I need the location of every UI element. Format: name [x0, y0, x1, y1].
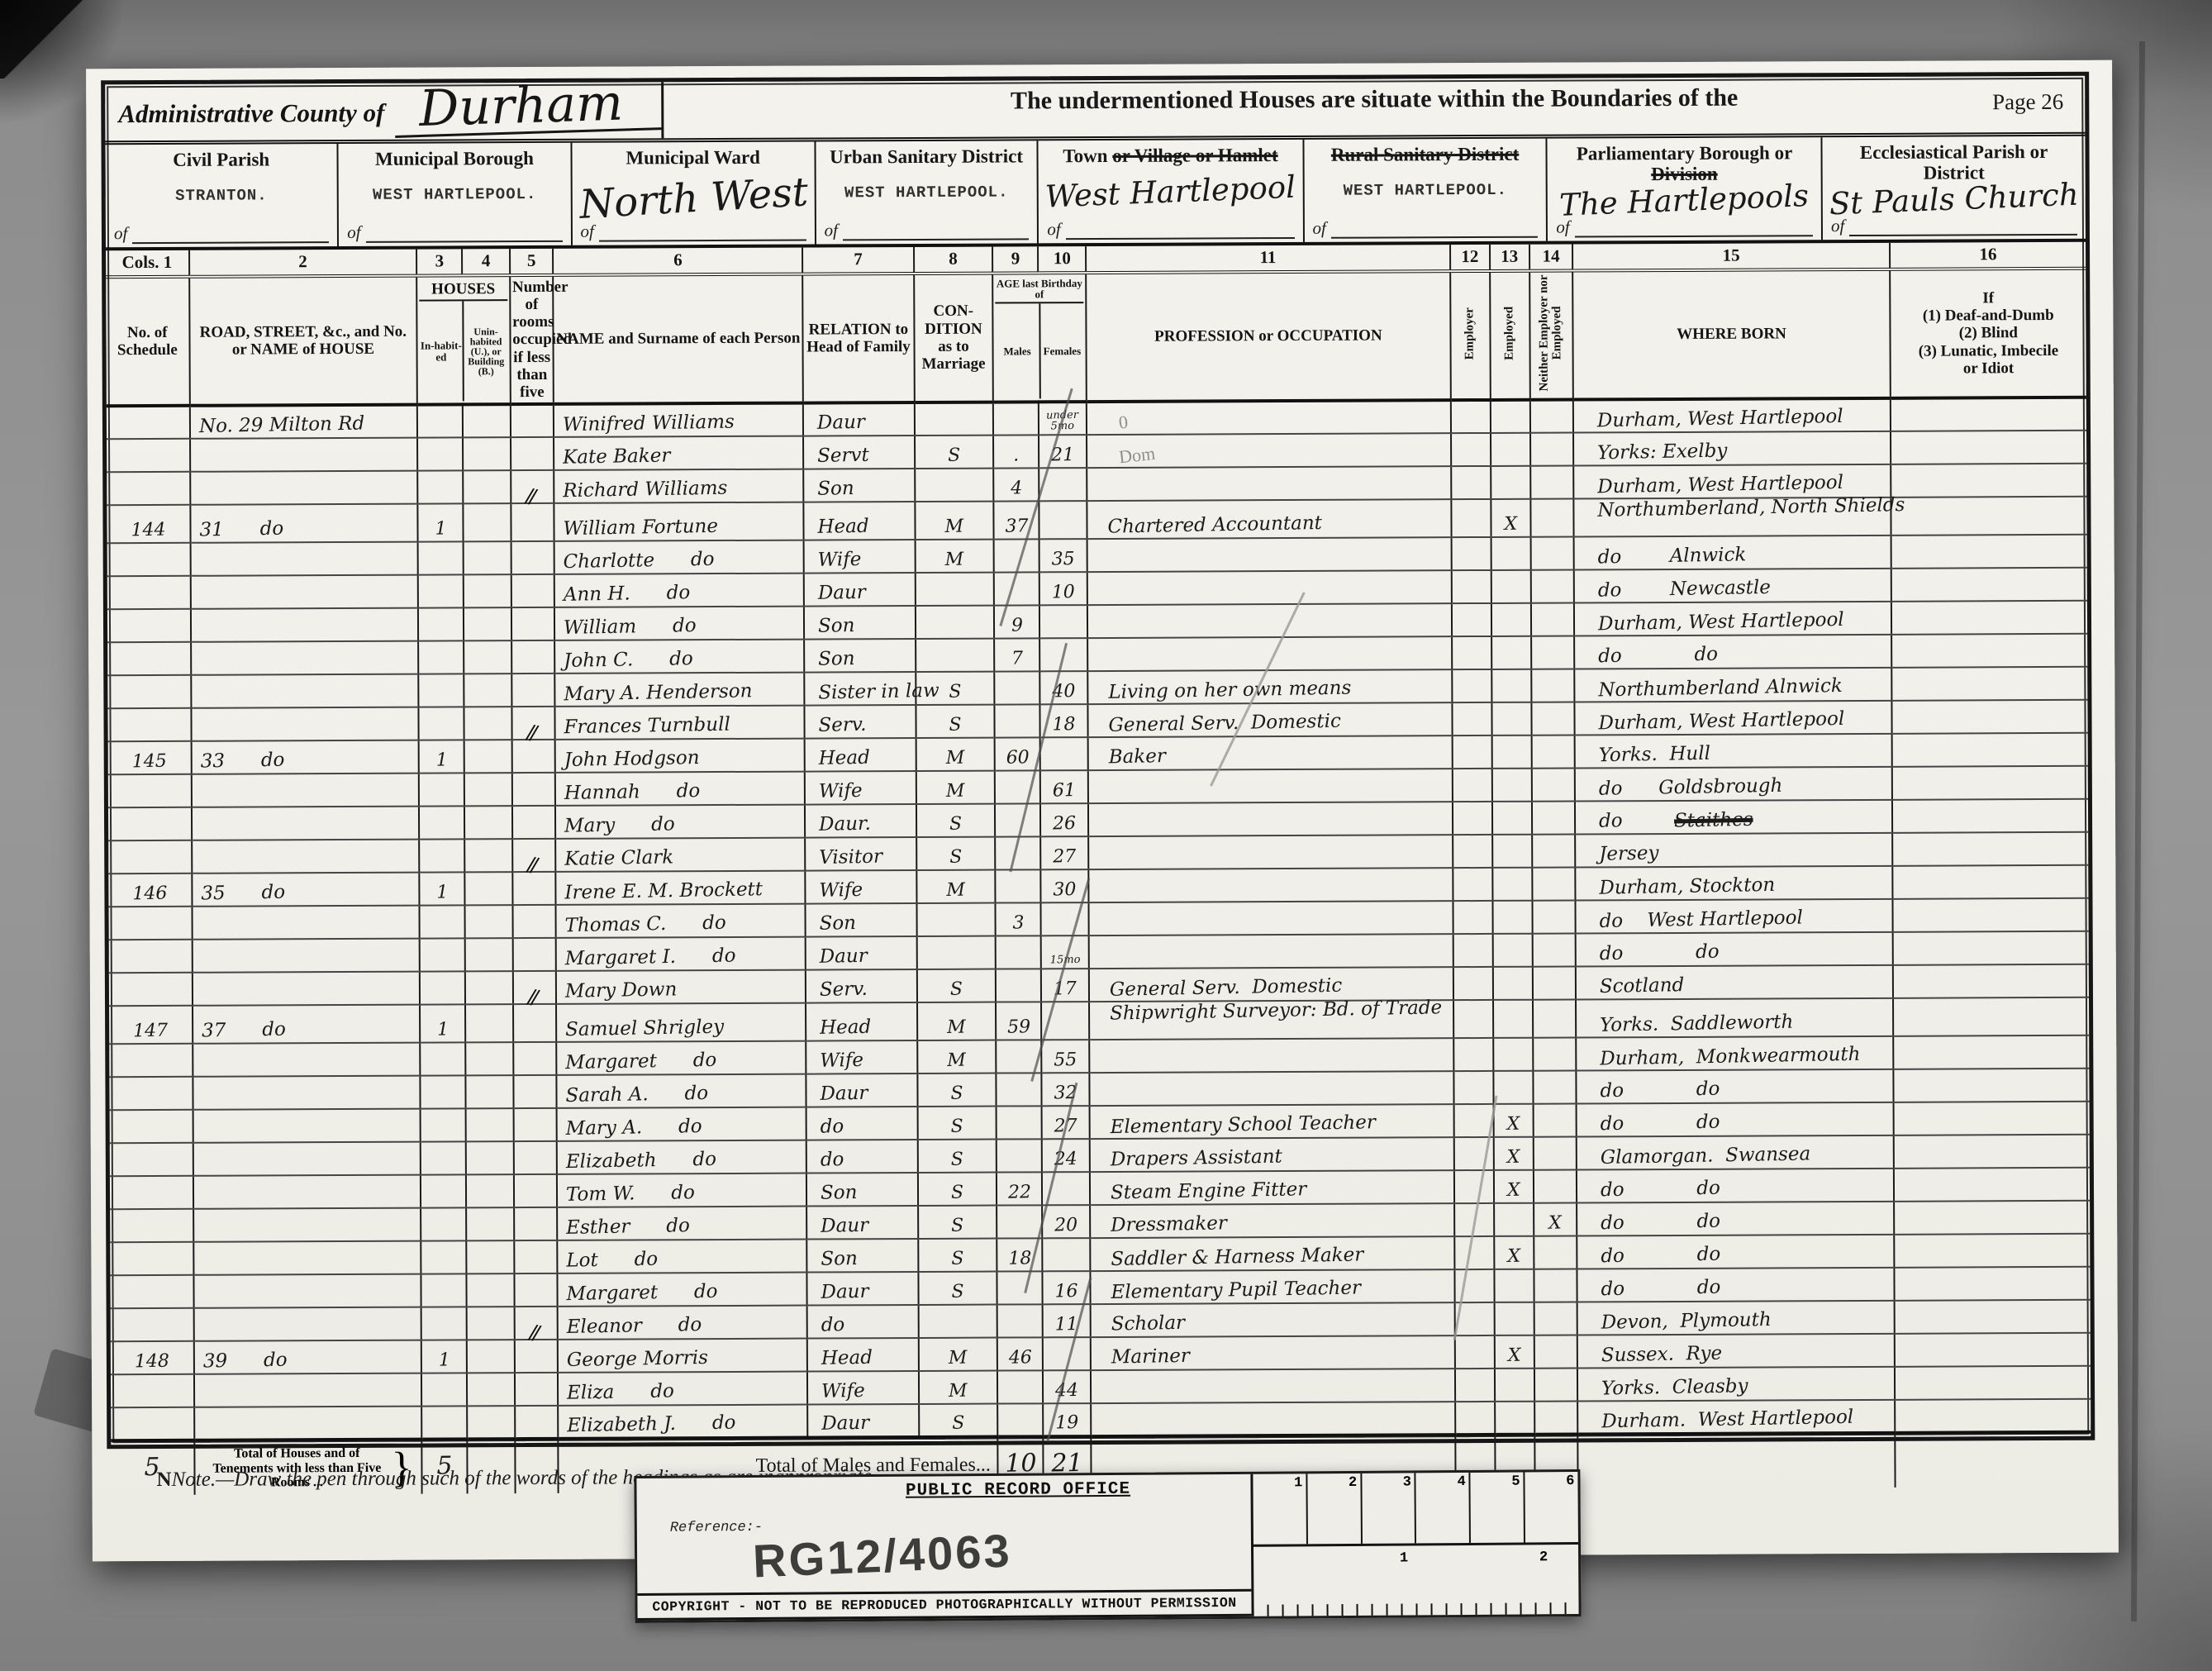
cell-neither	[1534, 1236, 1577, 1269]
ruler-centimetres: 1 2	[1253, 1545, 1579, 1616]
cell-employed: X	[1494, 1236, 1534, 1269]
cell-condition	[915, 606, 994, 639]
cell-infirmity	[1894, 1168, 2090, 1202]
cell-house	[192, 972, 420, 1006]
cell-employer	[1451, 400, 1491, 433]
cell-uninhabited	[467, 1241, 515, 1274]
cell-uninhabited	[463, 471, 511, 504]
cell-infirmity	[1893, 1135, 2089, 1169]
cell-age-female	[1043, 1239, 1091, 1272]
cell-schedule	[110, 1143, 193, 1176]
cell-age-female: 11	[1043, 1305, 1091, 1338]
cell-employer	[1453, 901, 1492, 934]
cell-inhabited	[421, 1407, 467, 1440]
cell-name: John Hodgson	[555, 739, 805, 773]
district-municipal-borough: Municipal Borough WEST HARTLEPOOL. of	[339, 143, 573, 246]
cell-neither	[1534, 1402, 1578, 1435]
cell-condition: S	[916, 804, 995, 837]
cell-relation: Head	[804, 502, 915, 540]
cell-infirmity	[1893, 1102, 2089, 1135]
cell-condition: M	[917, 1002, 997, 1040]
cell-name: Margaret I. do	[556, 937, 806, 971]
cell-name: William do	[554, 607, 804, 640]
cell-relation: Serv.	[806, 969, 916, 1003]
cell-relation: Daur	[807, 1404, 918, 1438]
cell-age-male: 4	[994, 469, 1039, 502]
cell-name: Margaret do	[558, 1273, 807, 1307]
cell-name: Kate Baker	[554, 436, 803, 470]
cell-relation: Head	[807, 1338, 918, 1372]
cell-age-male: 59	[996, 1002, 1041, 1040]
municipal-borough-value: WEST HARTLEPOOL.	[345, 185, 564, 204]
cell-employed	[1492, 934, 1532, 967]
cell-where-born: Glamorgan. Swansea	[1577, 1135, 1894, 1170]
cell-neither	[1531, 603, 1575, 636]
cell-employer	[1454, 1137, 1494, 1170]
cell-employer	[1451, 537, 1491, 570]
cell-relation: Son	[804, 639, 915, 673]
cell-age-male	[996, 969, 1041, 1002]
cell-inhabited	[419, 840, 464, 873]
cell-infirmity	[1894, 1333, 2090, 1367]
cell-rooms	[513, 1004, 557, 1042]
cell-uninhabited	[464, 542, 511, 575]
cell-where-born: Scotland	[1576, 965, 1893, 1000]
cell-age-male: 60	[995, 738, 1040, 771]
cell-employer	[1455, 1335, 1495, 1369]
district-parliamentary: Parliamentary Borough or Division The Ha…	[1548, 137, 1823, 240]
cell-employed	[1495, 1402, 1534, 1435]
cell-where-born: Jersey	[1575, 833, 1892, 868]
cell-inhabited	[421, 1307, 467, 1340]
cell-condition: S	[919, 1404, 998, 1437]
cell-infirmity	[1891, 667, 2087, 701]
cell-condition	[915, 469, 994, 502]
header-name: NAME and Surname of each Person	[554, 274, 804, 404]
cell-rooms	[511, 607, 555, 640]
census-table-body: No. 29 Milton Rd Winifred Williams Daur …	[107, 398, 2091, 1440]
cell-occupation: Elementary Pupil Teacher	[1090, 1270, 1454, 1305]
cell-where-born: Yorks: Exelby	[1573, 431, 1891, 466]
cell-uninhabited	[464, 740, 512, 774]
cell-employer	[1452, 669, 1491, 702]
cell-name: Katie Clark	[556, 838, 806, 872]
cell-age-male	[995, 837, 1040, 870]
cell-rooms	[512, 806, 556, 839]
cell-occupation: Drapers Assistant	[1090, 1138, 1454, 1173]
cell-house	[191, 707, 419, 741]
cell-occupation	[1087, 538, 1452, 573]
cell-employed	[1491, 433, 1530, 466]
cell-age-male: .	[993, 436, 1039, 469]
cell-age-female: 40	[1040, 672, 1088, 705]
cell-rooms: //	[512, 839, 556, 872]
header-inhabited: In-habit-ed	[419, 301, 464, 402]
cell-uninhabited	[465, 972, 513, 1005]
cell-age-female	[1040, 738, 1088, 771]
cell-house: 39 do	[193, 1340, 421, 1374]
cell-house: 37 do	[193, 1005, 421, 1044]
cell-employed	[1491, 702, 1531, 736]
cell-condition: S	[916, 705, 995, 738]
cell-rooms	[511, 503, 554, 541]
cell-where-born: do do	[1577, 1202, 1894, 1236]
cell-infirmity	[1891, 535, 2086, 569]
cell-schedule	[107, 642, 191, 675]
cell-occupation	[1087, 604, 1452, 639]
cell-uninhabited	[467, 1407, 515, 1440]
cell-occupation: Steam Engine Fitter	[1090, 1171, 1454, 1206]
cell-house	[192, 840, 420, 874]
cell-infirmity	[1892, 865, 2088, 899]
cell-infirmity	[1891, 398, 2086, 431]
cell-inhabited	[417, 438, 463, 471]
cell-relation: Son	[804, 469, 915, 502]
cell-where-born: do do	[1577, 1169, 1894, 1203]
cell-condition: S	[917, 1074, 997, 1107]
district-boxes: Civil Parish STRANTON. of Municipal Boro…	[105, 136, 2086, 250]
cell-age-male: 37	[994, 502, 1039, 540]
cell-schedule	[111, 1374, 194, 1407]
cell-rooms	[513, 1042, 557, 1075]
cell-employer	[1453, 1071, 1493, 1104]
cell-condition: M	[918, 1371, 997, 1404]
cell-occupation	[1087, 571, 1452, 606]
cell-uninhabited	[464, 807, 512, 840]
cell-where-born: do do	[1577, 1102, 1894, 1137]
cell-age-female: 17	[1041, 969, 1089, 1002]
cell-rooms	[511, 640, 555, 674]
cell-employer	[1453, 769, 1492, 802]
cell-employer	[1452, 702, 1491, 736]
cell-uninhabited	[464, 774, 512, 807]
cell-house	[191, 641, 419, 675]
header-where-born: WHERE BORN	[1572, 269, 1890, 400]
cell-infirmity	[1892, 931, 2088, 965]
cell-where-born: do Goldsbrough	[1575, 767, 1892, 802]
cell-house: No. 29 Milton Rd	[189, 405, 417, 439]
cell-where-born: Durham, West Hartlepool	[1574, 602, 1891, 636]
cell-age-male	[994, 540, 1039, 573]
cell-name: Mary Down	[556, 970, 806, 1004]
cell-relation: Daur.	[805, 804, 916, 838]
cell-inhabited	[417, 405, 463, 438]
cell-inhabited	[418, 641, 464, 674]
cell-age-male	[997, 1140, 1042, 1173]
cell-inhabited: 1	[418, 504, 464, 542]
cell-name: Mary A. do	[557, 1107, 806, 1141]
cell-infirmity	[1895, 1399, 2091, 1433]
cell-schedule	[110, 1110, 193, 1143]
cell-employer	[1453, 934, 1492, 967]
cell-age-female	[1041, 1002, 1089, 1040]
cell-schedule	[107, 472, 190, 505]
cell-schedule	[109, 973, 193, 1006]
cell-neither	[1531, 669, 1575, 702]
cell-occupation	[1089, 935, 1453, 969]
cell-rooms	[515, 1406, 559, 1439]
district-town: Town or Village or Hamlet West Hartlepoo…	[1039, 140, 1305, 243]
cell-house	[193, 1043, 421, 1077]
cell-house	[191, 674, 419, 708]
cell-neither	[1532, 802, 1576, 835]
cell-employed	[1491, 537, 1530, 570]
cell-employed: X	[1493, 1104, 1533, 1137]
district-municipal-ward: Municipal Ward North West of	[572, 142, 816, 245]
cell-neither	[1530, 433, 1574, 466]
cell-employed: X	[1493, 1137, 1533, 1170]
cell-age-male	[997, 1040, 1042, 1074]
cell-house	[193, 1241, 421, 1275]
cell-neither	[1531, 736, 1575, 769]
cell-house	[191, 608, 419, 642]
cell-age-male: 46	[997, 1338, 1043, 1371]
cell-condition: M	[916, 771, 995, 804]
cell-age-male: 18	[997, 1239, 1043, 1272]
cell-age-female	[1040, 639, 1088, 672]
cell-age-male	[997, 1272, 1043, 1305]
cell-rooms	[515, 1340, 559, 1373]
cell-employer	[1453, 1000, 1493, 1038]
cell-name: Winifred Williams	[554, 403, 803, 437]
cell-name: Thomas C. do	[556, 904, 806, 938]
cell-schedule	[111, 1407, 194, 1440]
district-urban-sanitary: Urban Sanitary District WEST HARTLEPOOL.…	[816, 140, 1039, 244]
district-civil-parish: Civil Parish STRANTON. of	[105, 144, 339, 247]
cell-rooms	[511, 740, 555, 773]
cell-relation: Visitor	[806, 837, 916, 871]
cell-neither	[1534, 1269, 1577, 1302]
cell-schedule	[108, 907, 192, 940]
cell-house	[190, 438, 418, 472]
cell-inhabited	[421, 1109, 466, 1142]
cell-occupation: Scholar	[1091, 1303, 1455, 1338]
cell-neither	[1533, 1071, 1577, 1104]
cell-age-male	[995, 771, 1040, 804]
cell-relation: Servt	[803, 436, 914, 469]
header-age-females: Females	[1040, 303, 1084, 399]
cell-neither	[1532, 868, 1576, 901]
cell-neither	[1532, 967, 1576, 1000]
cell-employer	[1452, 636, 1491, 669]
cell-name: Charlotte do	[554, 540, 804, 574]
cell-schedule	[109, 1044, 193, 1077]
cell-neither	[1529, 400, 1573, 433]
cell-uninhabited	[465, 939, 513, 972]
form-frame: Administrative County of Durham The unde…	[101, 72, 2095, 1449]
cell-employer	[1453, 868, 1492, 901]
cell-name: John C. do	[555, 640, 805, 674]
cell-infirmity	[1894, 1234, 2090, 1268]
cell-uninhabited	[465, 1043, 513, 1076]
cell-occupation: 0	[1087, 401, 1451, 436]
cell-neither	[1534, 1369, 1578, 1402]
cell-rooms	[512, 773, 556, 806]
cell-inhabited	[418, 608, 464, 641]
cell-neither	[1534, 1335, 1577, 1369]
cell-inhabited	[420, 1043, 465, 1076]
cell-infirmity	[1894, 1201, 2090, 1235]
cell-employed	[1491, 603, 1531, 636]
cell-employed	[1494, 1269, 1534, 1302]
header-uninhabited: Unin-habited (U.), or Building (B.)	[464, 301, 508, 402]
cell-house	[193, 1175, 421, 1209]
cell-neither	[1534, 1170, 1577, 1203]
cell-neither	[1531, 702, 1575, 736]
cell-name: Tom W. do	[557, 1174, 806, 1207]
cell-uninhabited	[464, 641, 511, 674]
cell-condition	[915, 573, 994, 606]
cell-condition: M	[915, 502, 994, 540]
cell-uninhabited	[466, 1109, 514, 1142]
cell-inhabited	[418, 542, 464, 575]
cell-condition: S	[918, 1239, 997, 1272]
cell-uninhabited	[464, 674, 512, 707]
cell-neither	[1532, 934, 1576, 967]
cell-condition: S	[918, 1272, 997, 1305]
cell-age-female: 26	[1040, 804, 1088, 837]
cell-age-male	[997, 1371, 1043, 1404]
cell-schedule	[108, 774, 192, 807]
cell-employer	[1454, 1203, 1494, 1236]
column-headers: Cols. 1 2 3 4 5 6 7 8 9 10 11 12 13 14 1…	[106, 241, 2086, 406]
cell-age-male	[997, 1206, 1042, 1239]
cell-inhabited	[418, 575, 464, 608]
ruler-inches: 1 2 3 4 5 6	[1253, 1472, 1578, 1546]
cell-condition: S	[918, 1206, 997, 1239]
header-houses-group: HOUSES In-habit-ed Unin-habited (U.), or…	[416, 275, 510, 405]
cell-employer	[1451, 499, 1491, 537]
cell-relation: Wife	[804, 540, 915, 574]
cell-occupation: Chartered Accountant	[1087, 500, 1451, 540]
cell-occupation: Dressmaker	[1090, 1204, 1454, 1239]
header-age-group: AGE last Birthday of Males Females	[993, 273, 1087, 402]
town-value: West Hartlepool	[1044, 172, 1296, 212]
cell-condition: S	[917, 1140, 997, 1173]
cell-schedule	[110, 1242, 193, 1275]
cell-employed	[1491, 466, 1530, 499]
cell-employed	[1494, 1203, 1534, 1236]
cell-inhabited	[421, 1274, 467, 1307]
cell-condition: S	[916, 837, 996, 870]
cell-rooms	[515, 1373, 559, 1406]
cell-occupation: Dom	[1087, 434, 1451, 469]
cell-employer	[1451, 466, 1491, 499]
cell-schedule: 146	[108, 874, 192, 907]
cell-where-born: Durham, West Hartlepool	[1575, 701, 1892, 736]
cell-employer	[1453, 967, 1493, 1000]
cell-uninhabited	[467, 1340, 515, 1373]
cell-schedule	[107, 439, 190, 472]
census-sheet: Administrative County of Durham The unde…	[86, 60, 2119, 1562]
cell-name: Esther do	[558, 1207, 807, 1240]
cell-employed	[1491, 636, 1531, 669]
cell-uninhabited	[465, 873, 513, 906]
cell-rooms	[513, 1108, 557, 1141]
cell-infirmity	[1891, 601, 2087, 635]
municipal-ward-value: North West	[578, 173, 809, 226]
cell-schedule: 147	[109, 1006, 193, 1044]
cell-house: 35 do	[192, 873, 420, 907]
rural-sanitary-value: WEST HARTLEPOOL.	[1311, 181, 1539, 200]
cell-house	[193, 1274, 421, 1308]
cell-uninhabited	[465, 906, 513, 939]
cell-occupation: Elementary School Teacher	[1090, 1105, 1454, 1140]
cell-employed	[1492, 769, 1532, 802]
cell-schedule	[109, 1077, 193, 1110]
cell-uninhabited	[464, 575, 511, 608]
cell-where-born: Durham. West Hartlepool	[1577, 1400, 1895, 1435]
cell-occupation	[1088, 835, 1453, 870]
cell-age-female: 27	[1042, 1107, 1090, 1140]
cell-rooms	[512, 938, 556, 971]
cell-occupation	[1088, 869, 1453, 903]
cell-employer	[1452, 603, 1491, 636]
cell-where-born: Durham, Stockton	[1576, 866, 1893, 901]
cell-relation: Son	[807, 1239, 918, 1273]
cell-employer	[1454, 1302, 1494, 1335]
cell-schedule	[110, 1176, 193, 1209]
cell-age-female	[1042, 1173, 1090, 1206]
cell-employed	[1493, 1000, 1533, 1038]
cell-occupation	[1087, 467, 1451, 502]
cell-rooms	[514, 1174, 558, 1207]
cell-neither: X	[1534, 1203, 1577, 1236]
cell-house	[190, 575, 418, 609]
cell-occupation: Saddler & Harness Maker	[1090, 1237, 1454, 1272]
cell-occupation	[1088, 902, 1453, 936]
cell-inhabited	[421, 1373, 467, 1407]
cell-name: George Morris	[558, 1339, 807, 1373]
cell-schedule	[110, 1209, 193, 1242]
cell-age-male: 3	[996, 903, 1041, 936]
cell-employed	[1492, 868, 1532, 901]
cell-inhabited: 1	[419, 873, 464, 906]
cell-house	[190, 542, 418, 576]
cell-uninhabited	[464, 608, 511, 641]
cell-schedule	[110, 1275, 193, 1308]
cell-name: Sarah A. do	[557, 1074, 806, 1108]
cell-occupation	[1091, 1369, 1455, 1404]
cell-rooms	[514, 1207, 558, 1240]
cell-occupation: Baker	[1088, 736, 1453, 771]
cell-relation: Daur	[804, 573, 915, 607]
cell-inhabited: 1	[419, 740, 464, 774]
cell-name: Elizabeth J. do	[559, 1405, 808, 1439]
cell-where-born: do do	[1576, 932, 1893, 967]
cell-occupation	[1089, 1039, 1453, 1074]
cell-occupation: Mariner	[1091, 1336, 1455, 1371]
cell-inhabited	[421, 1142, 466, 1175]
cell-relation: do	[807, 1305, 918, 1339]
cell-where-born: do do	[1574, 635, 1891, 669]
cell-neither	[1533, 1137, 1577, 1170]
cell-relation: Head	[806, 1002, 916, 1041]
cell-schedule	[111, 1308, 194, 1341]
cell-relation: Daur	[806, 936, 916, 970]
ecclesiastical-value: St Pauls Church	[1829, 179, 2079, 219]
cell-employed: X	[1491, 499, 1530, 537]
cell-infirmity	[1893, 964, 2089, 998]
cell-age-female: 24	[1042, 1140, 1090, 1173]
cell-rooms	[511, 541, 554, 574]
cell-schedule	[107, 576, 191, 609]
cell-uninhabited	[463, 405, 511, 438]
cell-schedule	[107, 609, 191, 642]
cell-employer	[1454, 1170, 1494, 1203]
cell-name: Eleanor do	[558, 1306, 807, 1340]
cell-house	[193, 1076, 421, 1110]
